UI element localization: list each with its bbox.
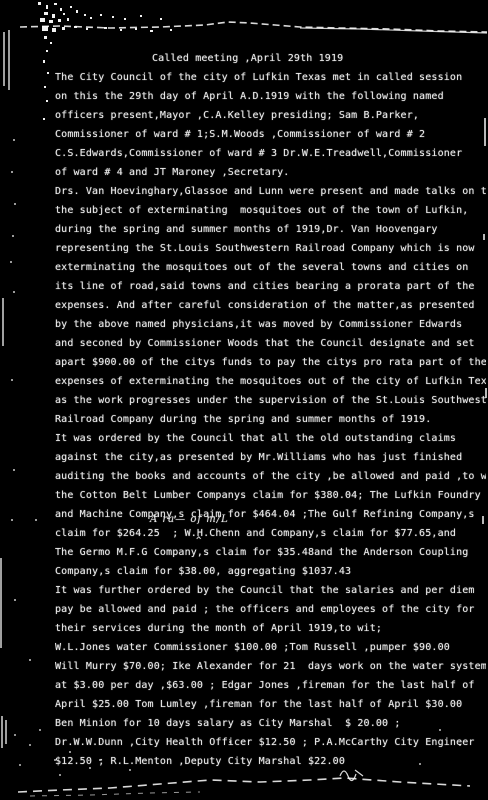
text-line: the subject of exterminating mosquitoes … [55,201,486,220]
top-scan-streak-solid [300,28,487,33]
text-line: and seconed by Commissioner Woods that t… [55,334,486,353]
text-line: of ward # 4 and JT Maroney ,Secretary. [55,163,486,182]
text-line: during the spring and summer months of 1… [55,220,486,239]
text-line: against the city,as presented by Mr.Will… [55,448,486,467]
left-film-lines [1,30,9,748]
text-line: Railroad Company during the spring and s… [55,410,486,429]
text-line: exterminating the mosquitoes out of the … [55,258,486,277]
scanned-document-page: Called meeting ,April 29th 1919 The City… [0,0,488,800]
bottom-squiggle [340,770,363,781]
text-line: pay be allowed and paid ; the officers a… [55,600,486,619]
text-line: W.L.Jones water Commissioner $100.00 ;To… [55,638,486,657]
text-line: officers present,Mayor ,C.A.Kelley presi… [55,106,486,125]
text-line: The City Council of the city of Lufkin T… [55,68,486,87]
insertion-caret-mark: ^ [196,536,201,546]
text-line: representing the St.Louis Southwestern R… [55,239,486,258]
text-line: It was ordered by the Council that all t… [55,429,486,448]
text-line: April $25.00 Tom Lumley ,fireman for the… [55,695,486,714]
text-line: and Machine Company,s claim for $464.04 … [55,505,486,524]
text-line: expenses. And after careful consideratio… [55,296,486,315]
meeting-title-line: Called meeting ,April 29th 1919 [55,49,486,68]
text-line: Ben Minion for 10 days salary as City Ma… [55,714,486,733]
text-line: Commissioner of ward # 1;S.M.Woods ,Comm… [55,125,486,144]
text-line: Drs. Van Hoevinghary,Glassoe and Lunn we… [55,182,486,201]
text-line: C.S.Edwards,Commissioner of ward # 3 Dr.… [55,144,486,163]
bottom-scan-streak [18,778,470,792]
text-line: Dr.W.W.Dunn ,City Health Officer $12.50 … [55,733,486,752]
text-line: the Cotton Belt Lumber Companys claim fo… [55,486,486,505]
text-line: at $3.00 per day ,$63.00 ; Edgar Jones ,… [55,676,486,695]
text-line: its line of road,said towns and cities b… [55,277,486,296]
text-line: Company,s claim for $38.00, aggregating … [55,562,486,581]
text-line: as the work progresses under the supervi… [55,391,486,410]
text-line: their services during the month of April… [55,619,486,638]
left-speckles [10,139,37,661]
bottom-scan-streak-2 [30,792,200,796]
text-line: It was further ordered by the Council th… [55,581,486,600]
text-line: auditing the books and accounts of the c… [55,467,486,486]
handwritten-annotation: A ra— of m/L [150,514,229,525]
text-line: $12.50 ; R.L.Menton ,Deputy City Marshal… [55,752,486,771]
top-scan-streak [20,22,487,32]
text-line: apart $900.00 of the citys funds to pay … [55,353,486,372]
document-text-block: Called meeting ,April 29th 1919 The City… [55,49,486,771]
text-line: on this the 29th day of April A.D.1919 w… [55,87,486,106]
text-line: claim for $264.25 ; W.H.Chenn and Compan… [55,524,486,543]
text-line: The Germo M.F.G Company,s claim for $35.… [55,543,486,562]
text-line: expenses of exterminating the mosquitoes… [55,372,486,391]
text-line: Will Murry $70.00; Ike Alexander for 21 … [55,657,486,676]
text-line: by the above named physicians,it was mov… [55,315,486,334]
